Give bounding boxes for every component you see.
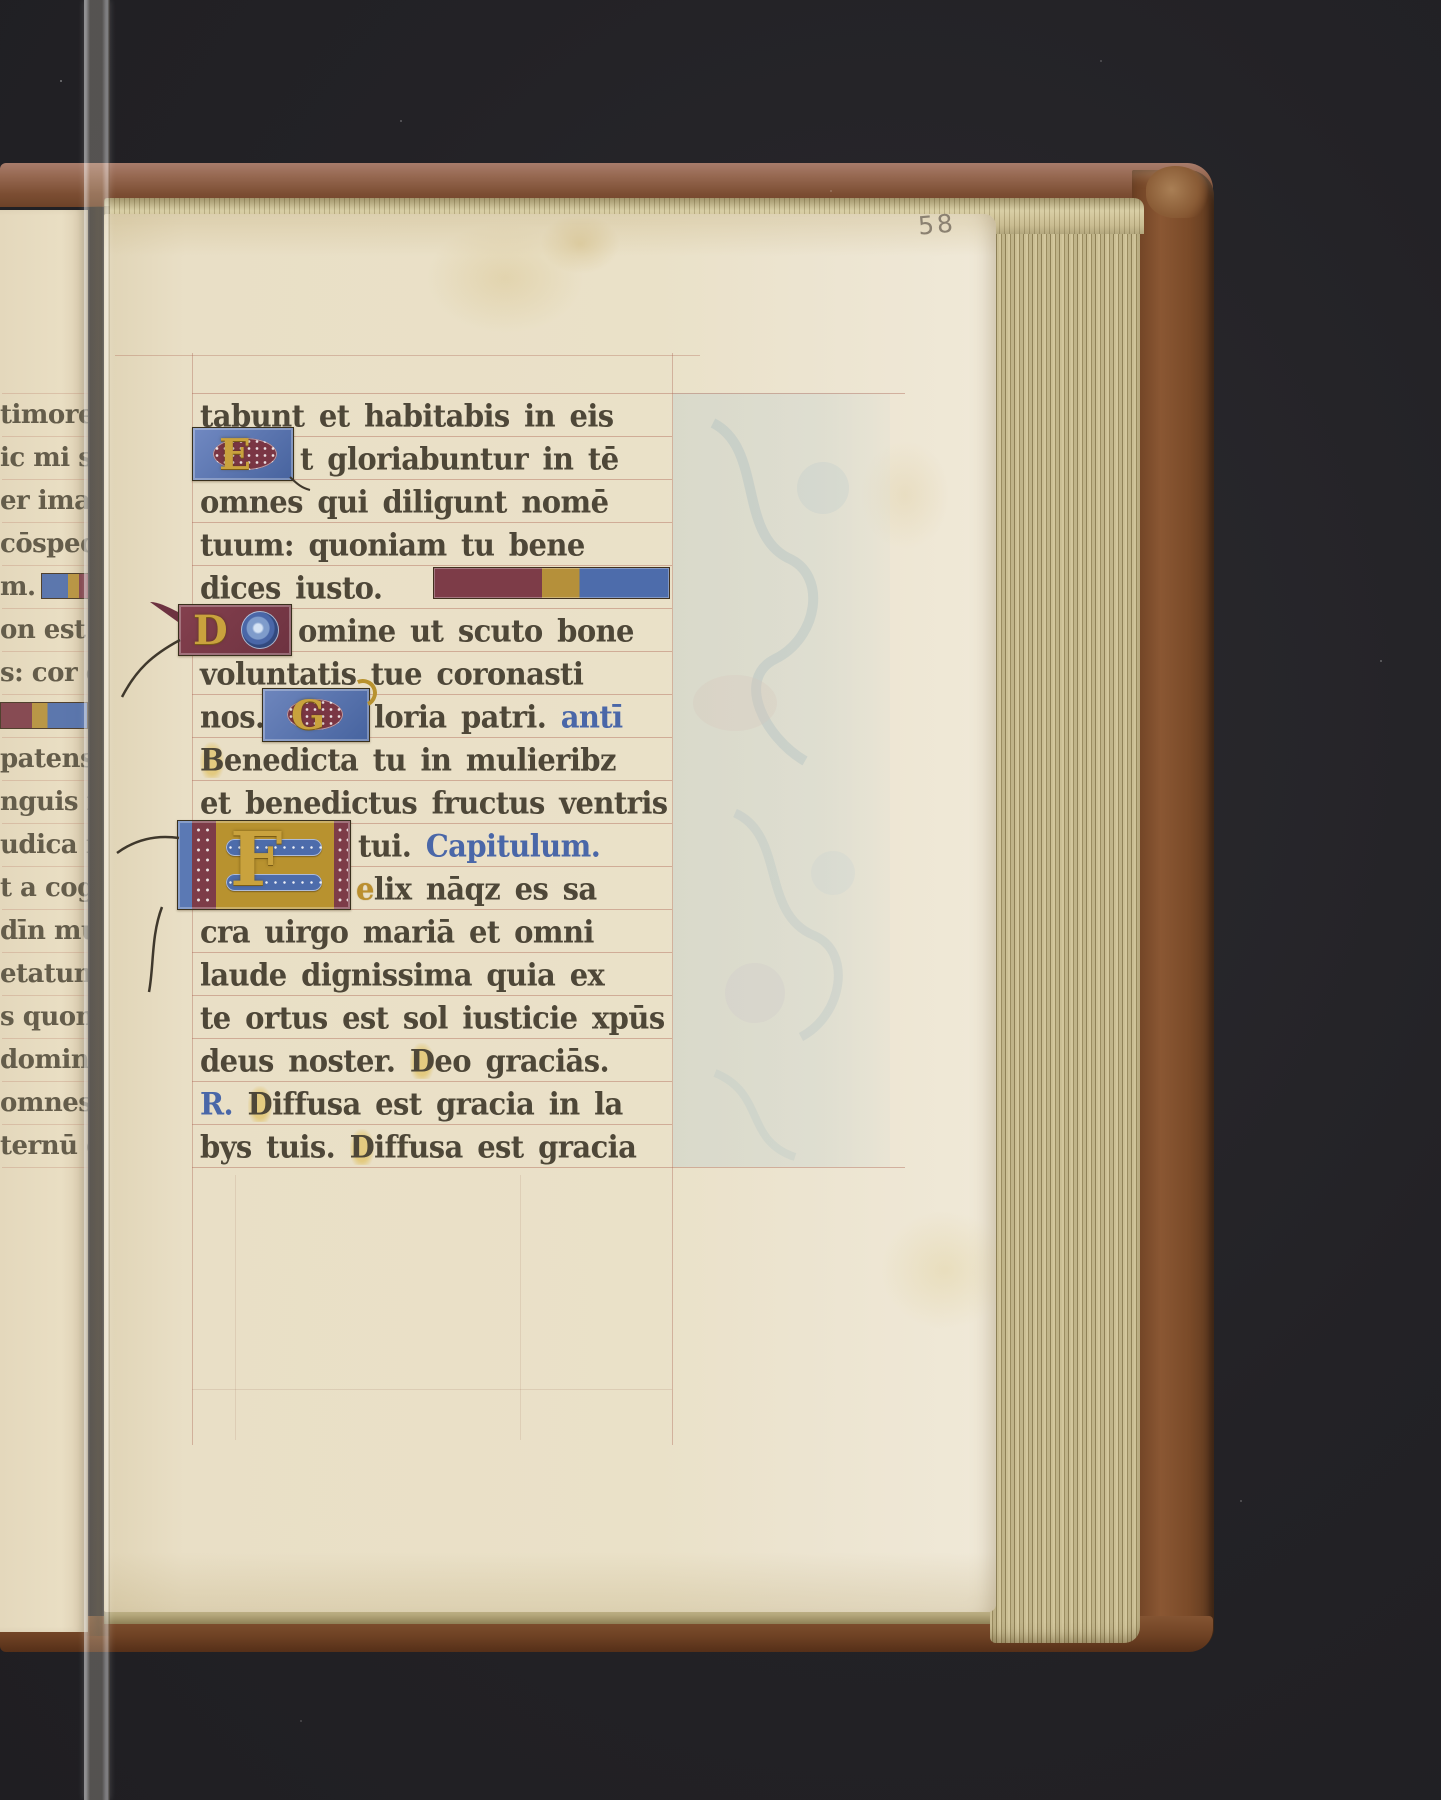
- manuscript-text-line: bys tuis. Diffusa est gracia: [200, 1126, 636, 1169]
- line-filler-ornament: [0, 702, 88, 729]
- illuminated-initial-d: D: [178, 604, 292, 656]
- initial-letter: E: [219, 430, 251, 479]
- manuscript-text-line: omine ut scuto bone: [298, 610, 634, 653]
- left-page-text-fragment: m.: [0, 568, 88, 606]
- left-page-text-fragment: er imac: [0, 482, 88, 520]
- illuminated-initial-e: E: [192, 427, 294, 481]
- show-through-scroll-pattern: [673, 393, 890, 1167]
- left-page-baseline-rule: [2, 522, 88, 523]
- text-segment: eo graciās.: [434, 1043, 609, 1079]
- left-page-baseline-rule: [2, 1124, 88, 1125]
- text-segment: etatum: [0, 959, 88, 989]
- line-filler-ornament: [41, 573, 88, 599]
- left-page-text-fragment: patens c: [0, 740, 88, 778]
- left-page-baseline-rule: [2, 866, 88, 867]
- left-page-text-fragment: t a cogita: [0, 869, 88, 907]
- text-segment: deus noster.: [200, 1043, 410, 1079]
- left-page-text-fragment: udica illo: [0, 826, 88, 864]
- left-page-baseline-rule: [2, 1038, 88, 1039]
- dust-specks: [60, 80, 62, 82]
- left-page-text-fragment: ternū ec: [0, 1127, 88, 1165]
- baseline-rule: [192, 393, 905, 394]
- text-segment: udica illo: [0, 830, 88, 860]
- text-segment: laude dignissima quia ex: [200, 957, 604, 993]
- manuscript-text-line: laude dignissima quia ex: [200, 954, 604, 997]
- left-page-baseline-rule: [2, 608, 88, 609]
- text-segment: voluntatis tue coronasti: [200, 656, 583, 692]
- text-segment: iffusa est gracia: [374, 1129, 636, 1165]
- text-segment: ic mi su: [0, 443, 88, 473]
- left-page-baseline-rule: [2, 952, 88, 953]
- illuminated-initial-g: G: [262, 688, 370, 742]
- left-page-baseline-rule: [2, 393, 88, 394]
- illuminated-initial-f: F: [177, 820, 351, 910]
- text-segment: dices iusto.: [200, 570, 382, 606]
- text-segment: D: [248, 1086, 273, 1122]
- text-segment: s quoniā: [0, 1002, 88, 1032]
- left-page-baseline-rule: [2, 694, 88, 695]
- text-segment: enedicta tu in mulieribz: [224, 742, 616, 778]
- manuscript-text-line: R. Diffusa est gracia in la: [200, 1083, 623, 1126]
- text-segment: er imac: [0, 486, 88, 516]
- text-segment: omnes qu: [0, 1088, 88, 1118]
- text-segment: t a cogita: [0, 873, 88, 903]
- glass-weight-bar: [84, 0, 110, 1800]
- text-segment: loria patri.: [374, 699, 561, 735]
- text-segment: D: [410, 1043, 435, 1079]
- parchment-stain: [880, 1210, 1010, 1330]
- manuscript-text-line: nos.: [200, 696, 264, 739]
- left-page-text-fragment: s: cor cor: [0, 654, 88, 692]
- parchment-stain: [540, 214, 620, 274]
- left-page-text-fragment: [0, 697, 88, 729]
- initial-letter: F: [230, 817, 283, 903]
- text-segment: bys tuis.: [200, 1129, 350, 1165]
- left-page-text-fragment: timore tu: [0, 396, 88, 434]
- left-page-baseline-rule: [2, 909, 88, 910]
- text-segment: Capitulum.: [426, 828, 601, 864]
- text-segment: iffusa est gracia in la: [272, 1086, 623, 1122]
- manuscript-text-line: Benedicta tu in mulieribz: [200, 739, 616, 782]
- text-segment: omine ut scuto bone: [298, 613, 634, 649]
- text-segment: timore tu: [0, 400, 88, 430]
- text-segment: on est m: [0, 615, 88, 645]
- left-page-baseline-rule: [2, 780, 88, 781]
- text-segment: cra uirgo mariā et omni: [200, 914, 594, 950]
- text-segment: patens c: [0, 744, 88, 774]
- verso-illumination-show-through: [673, 393, 890, 1167]
- leather-cover-right-board: [1132, 170, 1214, 1650]
- manuscript-text-line: deus noster. Deo graciās.: [200, 1040, 609, 1083]
- manuscript-text-line: omnes qui diligunt nomē: [200, 481, 609, 524]
- left-page-baseline-rule: [2, 737, 88, 738]
- text-segment: cōspectu: [0, 529, 88, 559]
- line-filler-ornament: [433, 567, 670, 599]
- right-frame-rule: [672, 353, 673, 1445]
- manuscript-text-line: tuum: quoniam tu bene: [200, 524, 585, 567]
- folio-number: 58: [917, 208, 957, 240]
- fore-edge-page-stack: [990, 205, 1140, 1643]
- left-page-baseline-rule: [2, 479, 88, 480]
- manuscript-text-line: tui. Capitulum.: [358, 825, 600, 868]
- left-page-text-fragment: ic mi su: [0, 439, 88, 477]
- text-segment: omnes qui diligunt nomē: [200, 484, 609, 520]
- left-page-text-fragment: omnes qu: [0, 1084, 88, 1122]
- show-through-rule: [192, 1389, 672, 1390]
- text-segment: dīn mul: [0, 916, 88, 946]
- manuscript-text-line: cra uirgo mariā et omni: [200, 911, 594, 954]
- manuscript-text-line: elix nāqz es sa: [356, 868, 597, 911]
- text-segment: nos.: [200, 699, 264, 735]
- left-page-text-fragment: dīn mul: [0, 912, 88, 950]
- text-segment: domine.: [0, 1045, 88, 1075]
- top-frame-rule: [115, 355, 700, 356]
- photo-of-open-manuscript: timore tuic mi suer imaccōspectum.on est…: [0, 0, 1441, 1800]
- text-segment: R.: [200, 1086, 248, 1122]
- initial-letter: D: [193, 607, 228, 654]
- text-segment: s: cor cor: [0, 658, 88, 688]
- show-through-rule: [235, 1175, 236, 1440]
- left-page-baseline-rule: [2, 1167, 88, 1168]
- left-page-baseline-rule: [2, 995, 88, 996]
- manuscript-text-line: te ortus est sol iusticie xpūs: [200, 997, 665, 1040]
- initial-letter: G: [291, 692, 325, 739]
- left-page-text-fragment: s quoniā: [0, 998, 88, 1036]
- manuscript-text-line: loria patri. antī: [374, 696, 623, 739]
- manuscript-text-line: voluntatis tue coronasti: [200, 653, 583, 696]
- left-page-baseline-rule: [2, 823, 88, 824]
- text-segment: D: [350, 1129, 375, 1165]
- text-segment: tui.: [358, 828, 426, 864]
- left-page-baseline-rule: [2, 1081, 88, 1082]
- text-segment: e: [356, 871, 374, 907]
- text-segment: et benedictus fructus ventris: [200, 785, 667, 821]
- text-segment: t gloriabuntur in tē: [300, 441, 619, 477]
- show-through-rule: [520, 1175, 521, 1440]
- left-page-text-fragment: etatum: [0, 955, 88, 993]
- left-page-text-fragment: cōspectu: [0, 525, 88, 563]
- text-segment: ternū ec: [0, 1131, 88, 1161]
- left-page-text-fragment: domine.: [0, 1041, 88, 1079]
- text-segment: antī: [561, 699, 623, 735]
- text-segment: nguis fu: [0, 787, 88, 817]
- text-segment: B: [200, 742, 224, 778]
- left-page-text-fragment: on est m: [0, 611, 88, 649]
- left-page-text-fragment: nguis fu: [0, 783, 88, 821]
- left-page-baseline-rule: [2, 565, 88, 566]
- left-page-baseline-rule: [2, 436, 88, 437]
- text-segment: m.: [0, 572, 36, 602]
- text-segment: lix nāqz es sa: [374, 871, 597, 907]
- left-page-baseline-rule: [2, 651, 88, 652]
- text-segment: te ortus est sol iusticie xpūs: [200, 1000, 665, 1036]
- manuscript-text-line: t gloriabuntur in tē: [300, 438, 619, 481]
- text-segment: tuum: quoniam tu bene: [200, 527, 585, 563]
